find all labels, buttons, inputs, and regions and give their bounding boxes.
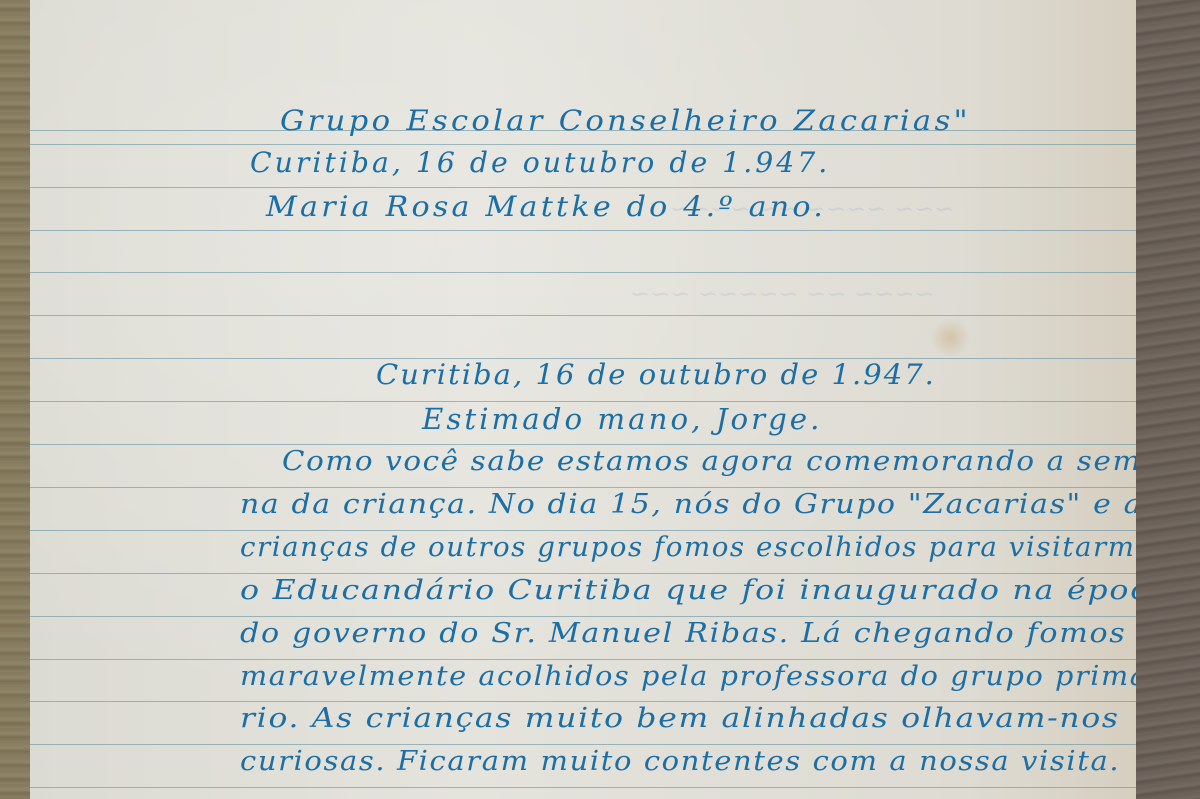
letter-body-line: Como você sabe estamos agora comemorando… [282,446,1136,477]
paper-stain [930,318,970,358]
ruled-line [30,272,1136,273]
ruled-line [30,659,1136,660]
letter-body-line: na da criança. No dia 15, nós do Grupo "… [240,489,1136,520]
ruled-line [30,573,1136,574]
letter-body-line: do governo do Sr. Manuel Ribas. Lá chega… [240,618,1136,649]
letter-place-date: Curitiba, 16 de outubro de 1.947. [376,358,936,391]
ruled-line [30,444,1136,445]
ruled-line [30,230,1136,231]
ruled-line [30,187,1136,188]
letter-body-line: crianças de outros grupos fomos escolhid… [240,532,1136,563]
ruled-line [30,744,1136,745]
header-place-date: Curitiba, 16 de outubro de 1.947. [250,146,830,179]
letter-body-line: maravelmente acolhidos pela professora d… [240,661,1136,692]
letter-salutation: Estimado mano, Jorge. [422,402,822,436]
ruled-line [30,787,1136,788]
ruled-line [30,530,1136,531]
ruled-line [30,701,1136,702]
letter-body-line: o Educandário Curitiba que foi inaugurad… [240,575,1136,606]
wood-table-left [0,0,30,799]
ruled-line [30,616,1136,617]
school-name: Grupo Escolar Conselheiro Zacarias" [280,104,971,137]
letter-body-line: curiosas. Ficaram muito contentes com a … [240,746,1120,777]
student-name: Maria Rosa Mattke do 4.º ano. [266,190,826,223]
ruled-paper-sheet: ~~~ ~~~~ ~~ ~~~~ ~~~~ ~~ ~~~~~ ~~~ Grupo… [30,0,1136,799]
bleed-through-text: ~~~~ ~~ ~~~~~ ~~~ [630,280,934,308]
ruled-line [30,144,1136,145]
letter-body-line: rio. As crianças muito bem alinhadas olh… [240,703,1120,734]
ruled-line [30,315,1136,316]
wood-table-right [1136,0,1200,799]
ruled-line [30,487,1136,488]
